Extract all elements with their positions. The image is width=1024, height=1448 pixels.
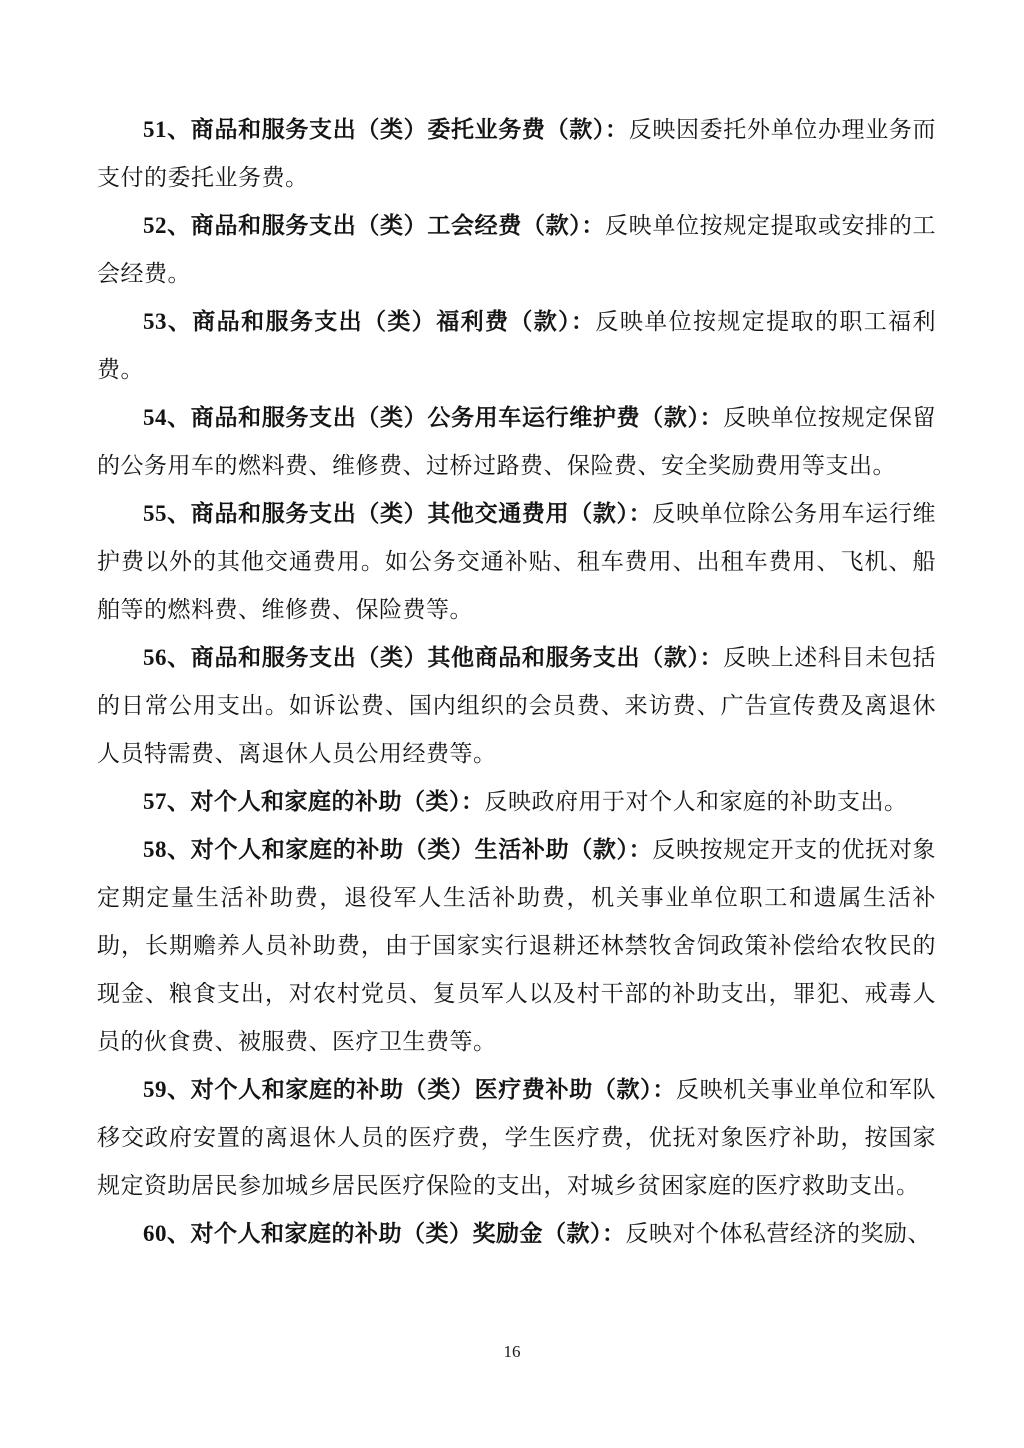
item-57-heading: 57、对个人和家庭的补助（类）： xyxy=(143,789,485,814)
item-56-heading: 56、商品和服务支出（类）其他商品和服务支出（款）： xyxy=(143,645,723,670)
paragraph-item-58: 58、对个人和家庭的补助（类）生活补助（款）：反映按规定开支的优抚对象定期定量生… xyxy=(97,826,936,1066)
paragraph-item-59: 59、对个人和家庭的补助（类）医疗费补助（款）：反映机关事业单位和军队移交政府安… xyxy=(97,1066,936,1210)
item-60-description: 反映对个体私营经济的奖励、 xyxy=(626,1221,932,1246)
paragraph-item-51: 51、商品和服务支出（类）委托业务费（款）：反映因委托外单位办理业务而支付的委托… xyxy=(97,106,936,202)
document-content: 51、商品和服务支出（类）委托业务费（款）：反映因委托外单位办理业务而支付的委托… xyxy=(97,106,936,1258)
paragraph-item-56: 56、商品和服务支出（类）其他商品和服务支出（款）：反映上述科目未包括的日常公用… xyxy=(97,634,936,778)
item-58-heading: 58、对个人和家庭的补助（类）生活补助（款）： xyxy=(143,837,652,862)
item-54-heading: 54、商品和服务支出（类）公务用车运行维护费（款）： xyxy=(143,405,723,430)
paragraph-item-60: 60、对个人和家庭的补助（类）奖励金（款）：反映对个体私营经济的奖励、 xyxy=(97,1210,936,1258)
paragraph-item-57: 57、对个人和家庭的补助（类）：反映政府用于对个人和家庭的补助支出。 xyxy=(97,778,936,826)
item-53-heading: 53、商品和服务支出（类）福利费（款）： xyxy=(143,309,595,334)
paragraph-item-55: 55、商品和服务支出（类）其他交通费用（款）：反映单位除公务用车运行维护费以外的… xyxy=(97,490,936,634)
item-51-heading: 51、商品和服务支出（类）委托业务费（款）： xyxy=(143,117,629,142)
paragraph-item-54: 54、商品和服务支出（类）公务用车运行维护费（款）：反映单位按规定保留的公务用车… xyxy=(97,394,936,490)
item-57-description: 反映政府用于对个人和家庭的补助支出。 xyxy=(485,789,908,814)
paragraph-item-53: 53、商品和服务支出（类）福利费（款）：反映单位按规定提取的职工福利费。 xyxy=(97,298,936,394)
item-59-heading: 59、对个人和家庭的补助（类）医疗费补助（款）： xyxy=(143,1077,676,1102)
item-60-heading: 60、对个人和家庭的补助（类）奖励金（款）： xyxy=(143,1221,626,1246)
item-55-heading: 55、商品和服务支出（类）其他交通费用（款）： xyxy=(143,501,652,526)
item-52-heading: 52、商品和服务支出（类）工会经费（款）： xyxy=(143,213,605,238)
page-number: 16 xyxy=(0,1342,1024,1362)
paragraph-item-52: 52、商品和服务支出（类）工会经费（款）：反映单位按规定提取或安排的工会经费。 xyxy=(97,202,936,298)
item-58-description: 反映按规定开支的优抚对象定期定量生活补助费，退役军人生活补助费，机关事业单位职工… xyxy=(97,837,936,1054)
document-page: 51、商品和服务支出（类）委托业务费（款）：反映因委托外单位办理业务而支付的委托… xyxy=(0,0,1024,1448)
